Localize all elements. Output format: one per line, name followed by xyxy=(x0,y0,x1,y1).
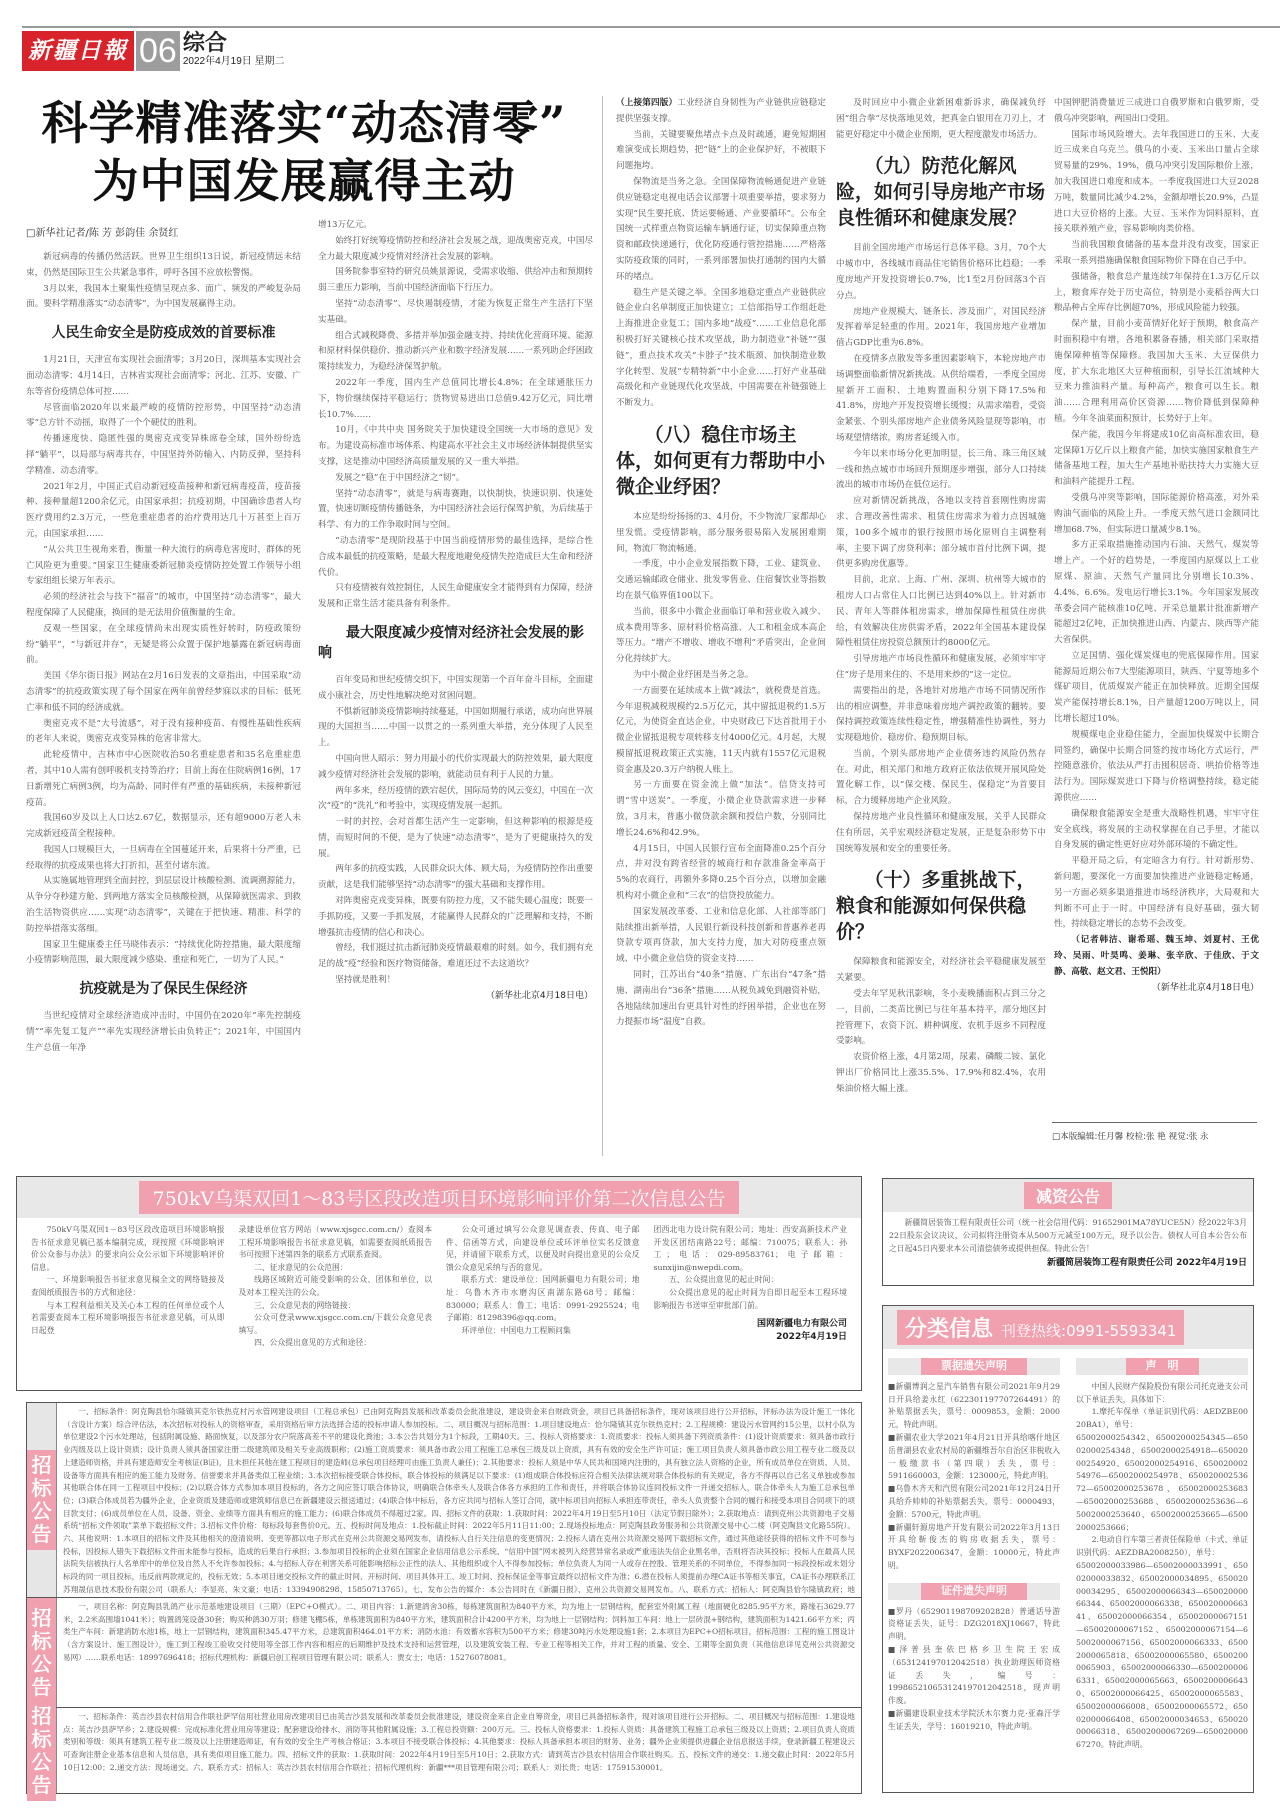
paragraph: 三、公众意见表的网络链接： xyxy=(239,1300,433,1313)
paragraph: 4月15日，中国人民银行宣布全面降准0.25个百分点，并对没有跨省经营的城商行和… xyxy=(616,842,826,905)
tender-label-text: 招标公告 xyxy=(27,1701,56,1801)
eia-signoff-date: 2022年4月19日 xyxy=(654,1331,848,1344)
paragraph: 同时，江苏出台“40条”措施、广东出台“47条”措施、湖南出台“36条”措施……… xyxy=(616,968,826,1031)
tender-label-text: 招标公告 xyxy=(27,1603,56,1703)
subheading: （十）多重挑战下，粮食和能源如何保供稳价？ xyxy=(836,867,1046,945)
paragraph: 750kV乌渠双回1－83号区段改造项目环境影响报告书征求意见稿已基本编制完成，… xyxy=(31,1224,225,1274)
paragraph: 保持房地产业良性循环和健康发展，关乎人民群众住有所居，关乎宏观经济稳定发展，正是… xyxy=(836,810,1046,857)
paragraph: 一时的封控，会对首都生活产生一定影响，但这种影响的根源是疫情，而短时间的不便，是… xyxy=(318,815,593,862)
paragraph: 线路区域附近可能受影响的公众、团体和单位，以及对本工程关注的公众。 xyxy=(239,1274,433,1299)
paragraph: 与本工程利益相关及关心本工程的任何单位或个人若需要查阅本工程环境影响报告书征求意… xyxy=(31,1300,225,1338)
paragraph: 从实施属地管理到全面封控，到层层设计核酸检测、流调溯源能力，从争分夺秒建方舱、到… xyxy=(26,874,301,937)
list-item: ■新疆农业大学2021年4月21日开具给喀什地区岳普湖县农业农村局的新疆维吾尔自… xyxy=(888,1432,1060,1483)
paragraph: 百年变局和世纪疫情交织下，中国实现第一个百年奋斗目标，全面建成小康社会，历史性地… xyxy=(318,673,593,705)
list-item: ■泽普县奎依巴格乡卫生院王宏成（653124197012042518）执业助理医… xyxy=(888,1644,1060,1708)
statement-header: 声 明 xyxy=(1076,1358,1248,1375)
paragraph: 此轮疫情中，吉林市中心医院收治50名重症患者和35名危重症患者，其中10人需有创… xyxy=(26,748,301,811)
paragraph: 国家卫生健康委主任马晓伟表示：“持续优化防控措施，最大限度缩小疫情影响范围，最大… xyxy=(26,938,301,970)
paragraph: 1.摩托车保单（单证识别代码：AEDZBE0020BA1），单号： xyxy=(1076,1406,1248,1432)
classified-hotline: 刊登热线:0991-5593341 xyxy=(1001,1322,1176,1340)
eia-notice-ad: 750kV乌渠双回1～83号区段改造项目环境影响评价第二次信息公告 750kV乌… xyxy=(16,1176,862,1391)
paragraph: 一、环境影响报告书征求意见稿全文的网络链接及查阅纸质报告书的方式和途径： xyxy=(31,1274,225,1299)
statement-title: 声 明 xyxy=(1126,1358,1199,1375)
paragraph: 当前，关键要聚焦堵点卡点及时疏通，避免短期困难演变成长期趋势，把“链”上的企业保… xyxy=(616,128,826,175)
paragraph: 目前全国房地产市场运行总体平稳。3月，70个大中城市中，各线城市商品住宅销售价格… xyxy=(836,241,1046,304)
paragraph: 录建设单位官方网站（www.xjsgcc.com.cn/）查阅本工程环境影响报告… xyxy=(239,1224,433,1262)
eia-col-4: 团西北电力设计院有限公司；地址：西安高新技术产业开发区团结南路22号；邮编：71… xyxy=(654,1224,848,1350)
classified-title-bar: 分类信息刊登热线:0991-5593341 xyxy=(897,1310,1184,1345)
paragraph: 一季度，中小企业发展指数下降，工业、建筑业、交通运输邮政仓储业、批发零售业、住宿… xyxy=(616,557,826,604)
article-column-2: 增13万亿元。 始终打好统筹疫情防控和经济社会发展之战，迎战奥密克戎，中国尽全力… xyxy=(318,218,593,1155)
paragraph: 始终打好统筹疫情防控和经济社会发展之战，迎战奥密克戎，中国尽全力最大限度减少疫情… xyxy=(318,234,593,266)
paragraph: 两年多来，经历疫情的跌宕起伏，国际局势的风云变幻，中国在一次次“疫”的“洗礼”和… xyxy=(318,784,593,816)
list-item: ■乌鲁木齐天和汽贸有限公司2021年12月24日开具给乔帅帅的补贴票据丢失，票号… xyxy=(888,1483,1060,1521)
paragraph: 稳生产是关键之举。全国多地稳定重点产业链供应链企业白名单制度正加快建立；工信部指… xyxy=(616,286,826,412)
cert-loss-title: 证件遗失声明 xyxy=(921,1583,1027,1600)
paragraph: 3月以来，我国本土聚集性疫情呈现点多、面广、频发的严峻复杂局面。要科学精准落实“… xyxy=(26,282,301,314)
paragraph: 在疫情多点散发等多重因素影响下，本轮房地产市场调整面临新情况新挑战。从供给端看，… xyxy=(836,352,1046,447)
classified-right-column: 声 明 中国人民财产保险股份有限公司托克逊支公司以下单证丢失，具体如下： 1.摩… xyxy=(1076,1358,1248,1752)
eia-col-1: 750kV乌渠双回1－83号区段改造项目环境影响报告书征求意见稿已基本编制完成，… xyxy=(31,1224,225,1350)
dateline: （新华社北京4月18日电） xyxy=(318,989,593,1005)
policy-numbers: 65002000033986—65002000033991、6500200003… xyxy=(1076,1560,1248,1752)
receipt-loss-header: 票据遗失声明 xyxy=(888,1358,1060,1375)
receipt-loss-title: 票据遗失声明 xyxy=(921,1358,1027,1375)
paragraph: 本应是纷纷扬扬的3、4月份，不少物流厂家都却心里发慌。受疫情影响，部分服务很易陷… xyxy=(616,510,826,557)
eia-notice-title: 750kV乌渠双回1～83号区段改造项目环境影响评价第二次信息公告 xyxy=(139,1181,740,1214)
paragraph: “动态清零”是现阶段基于中国当前疫情形势的最佳选择，是综合性合成本最低的抗疫策略… xyxy=(318,534,593,581)
subheading: （八）稳住市场主体，如何更有力帮助中小微企业纾困？ xyxy=(616,422,826,500)
tender-text: 一、招标条件：英吉沙县农村信用合作联社萨罕信用社营业用房改建项目已由英吉沙县发展… xyxy=(57,1708,861,1793)
paragraph: 需要指出的是，各地针对房地产市场不同情况所作出的相应调整，并非意味着房地产调控政… xyxy=(836,684,1046,747)
cert-loss-header: 证件遗失声明 xyxy=(888,1583,1060,1600)
paragraph: 多方正采取措施推动国内石油、天然气、煤炭等增上产。一个好的趋势是，一季度国内原煤… xyxy=(1054,538,1259,649)
list-item: ■新疆建设职业技术学院沃木尔赛力克·亚森汗学生证丢失，学号：16019210，特… xyxy=(888,1708,1060,1734)
byline: □新华社记者/陈 芳 彭韵佳 余贤红 xyxy=(26,224,178,239)
paragraph: 必须的经济社会与技下“福音”的城市，中国坚持“动态清零”，最大程度保障了人民健康… xyxy=(26,590,301,622)
paragraph: 2021年2月，中国正式启动新冠疫苗接种和新冠病毒疫苗，疫苗接种、接种量超120… xyxy=(26,480,301,543)
tender-label: 招标公告 xyxy=(27,1403,57,1597)
paragraph: 规模煤电企业稳住能力，全面加快煤炭中长期合同签约，确保中长期合同签约按市场化方式… xyxy=(1054,728,1259,807)
paragraph: 10月，《中共中央 国务院关于加快建设全国统一大市场的意见》发布。为建设高标准市… xyxy=(318,423,593,470)
capital-reduction-title: 减资公告 xyxy=(1024,1182,1112,1209)
paragraph: 坚持“动态清零”，就是与病毒赛跑，以快制快，快速识别、快速处置，快速切断疫情传播… xyxy=(318,487,593,534)
issue-date: 2022年4月19日 星期二 xyxy=(183,55,285,69)
paragraph: 美国《华尔街日报》网站在2月16日发表的文章指出，中国采取“动态清零”的抗疫政策… xyxy=(26,669,301,716)
paragraph: 新冠病毒的传播仍然活跃。世界卫生组织13日说，新冠疫情远未结束，仍然是国际卫生公… xyxy=(26,250,301,282)
paragraph: 2022年一季度，国内生产总值同比增长4.8%；在全球通胀压力下，物价继续保持平… xyxy=(318,376,593,423)
paragraph: 保障粮食和能源安全，对经济社会平稳健康发展至关紧要。 xyxy=(836,955,1046,987)
page-number: 06 xyxy=(136,31,180,71)
paragraph: 五、公众提出意见的起止时间： xyxy=(654,1274,848,1287)
subheading: 最大限度减少疫情对经济社会发展的影响 xyxy=(318,623,593,663)
list-item: ■罗丹（652901198709202828）普通话导游资格证丢失，证号：DZG… xyxy=(888,1606,1060,1644)
paragraph: 环评单位：中国电力工程顾问集 xyxy=(446,1325,640,1338)
paragraph: 公众可通过填写公众意见调查表、传真、电子邮件、信函等方式，向建设单位或环评单位实… xyxy=(446,1224,640,1274)
list-item: ■新疆博润之星汽车销售有限公司2021年9月29日开具给姜永红（62230119… xyxy=(888,1381,1060,1432)
paragraph: 保产能，我国今年将建成10亿亩高标准农田，稳定保障1万亿斤以上粮食产能，加快实施… xyxy=(1054,428,1259,491)
dateline: （新华社北京4月18日电） xyxy=(1054,981,1259,997)
paragraph: 一、招标条件：英吉沙县农村信用合作联社萨罕信用社营业用房改建项目已由英吉沙县发展… xyxy=(63,1711,855,1775)
reporters-credit: （记者韩洁、谢希瑶、魏玉坤、刘夏村、王优玲、吴雨、叶昊鸣、姜琳、张辛欣、于佳欣、… xyxy=(1054,933,1259,980)
paragraph: 国家发展改革委、工业和信息化部、人社部等部门陆续推出新举措，人民银行新设科技创新… xyxy=(616,905,826,968)
paragraph: 反观一些国家，在全球疫情尚未出现实质性好转时，防疫政策纷纷“躺平”，“与新冠并存… xyxy=(26,622,301,669)
paragraph: 房地产业规模大、链条长、涉及面广，对国民经济发挥着举足轻重的作用。2021年，我… xyxy=(836,305,1046,352)
top-rule xyxy=(22,26,1280,28)
section-info: 综合 2022年4月19日 星期二 xyxy=(183,31,285,71)
eia-signoff-org: 国网新疆电力有限公司 xyxy=(654,1318,848,1331)
headline-line-1: 科学精准落实“动态清零” xyxy=(24,94,584,152)
classified-title: 分类信息 xyxy=(905,1317,993,1342)
paragraph: 公众提出意见的起止时间为自即日起至本工程环境影响报告书送审至审批部门前。 xyxy=(654,1287,848,1312)
paragraph: 应对新情况新挑战，各地以支持首套刚性购房需求、合理改善性需求、租赁住房需求为着力… xyxy=(836,494,1046,573)
paragraph: 增13万亿元。 xyxy=(318,218,593,234)
tender-label: 招标公告 xyxy=(27,1598,57,1707)
article-column-3: （上接第四版）工业经济自身韧性为产业链供应链稳定提供坚强支撑。 当前，关键要聚焦… xyxy=(616,96,826,1156)
paragraph: 我国60岁及以上人口达2.67亿，数据显示，还有超9000万老人未完成新冠疫苗全… xyxy=(26,811,301,843)
tender-label-text: 招标公告 xyxy=(27,1450,56,1550)
capital-reduction-header: 减资公告 xyxy=(883,1179,1253,1212)
subheading: 人民生命安全是防疫成效的首要标准 xyxy=(26,323,301,343)
paragraph: 中国向世人昭示：努力用最小的代价实现最大的防控效果，最大限度减少疫情对经济社会发… xyxy=(318,752,593,784)
subheading: 抗疫就是为了保民生保经济 xyxy=(26,979,301,999)
article-column-4: 及时回应中小微企业新困难新诉求，确保减负纾困“组合拳”尽快落地见效，把真金白银用… xyxy=(836,96,1046,1156)
paragraph: 发展之“稳”在于中国经济之“韧”。 xyxy=(318,471,593,487)
masthead: 新疆日報 06 综合 2022年4月19日 星期二 xyxy=(22,31,285,71)
main-headline: 科学精准落实“动态清零” 为中国发展赢得主动 xyxy=(24,94,584,210)
paragraph: 另一方面要在资金流上做“加法”。信贷支持可谓“雪中送炭”。一季度，小微企业贷款需… xyxy=(616,778,826,841)
paragraph: 新疆简居装饰工程有限责任公司（统一社会信用代码：91652901MA78YUCE… xyxy=(889,1216,1247,1255)
paragraph: 1月21日，天津宣布实现社会面清零；3月20日，深圳基本实现社会面动态清零；4月… xyxy=(26,353,301,400)
tender-label: 招标公告 xyxy=(27,1708,57,1793)
eia-col-2: 录建设单位官方网站（www.xjsgcc.com.cn/）查阅本工程环境影响报告… xyxy=(239,1224,433,1350)
classified-header: 分类信息刊登热线:0991-5593341 xyxy=(883,1306,1253,1349)
paragraph: 一、项目名称：阿克陶县乳鸽产业示范基地建设项目（三期）（EPC+O模式）。二、项… xyxy=(63,1601,855,1665)
headline-line-2: 为中国发展赢得主动 xyxy=(24,152,584,210)
paragraph: 当前我国粮食储备的基本盘并没有改变，国家正采取一系列措施确保粮食国际物价下降在自… xyxy=(1054,238,1259,270)
paragraph: 坚持“动态清零”、尽快遏制疫情，才能为恢复正常生产生活打下坚实基础。 xyxy=(318,297,593,329)
paragraph: 今年以来市场分化更加明显，长三角、珠三角区域一线和热点城市市场回升预期逐步增强，… xyxy=(836,447,1046,494)
paragraph: 两年多的抗疫实践，人民群众识大体、顾大局，为疫情防控作出重要贡献，这是我们能够坚… xyxy=(318,862,593,894)
paragraph: 尽管面临2020年以来最严峻的疫情防控形势，中国坚持“动态清零”总方针不动摇，取… xyxy=(26,401,301,433)
policy-numbers: 65002000254342、65002000254345—6500200025… xyxy=(1076,1432,1248,1534)
editor-rule xyxy=(1052,1122,1257,1123)
article-column-1: 新冠病毒的传播仍然活跃。世界卫生组织13日说，新冠疫情远未结束，仍然是国际卫生公… xyxy=(26,250,301,1155)
classified-left-column: 票据遗失声明 ■新疆博润之星汽车销售有限公司2021年9月29日开具给姜永红（6… xyxy=(888,1358,1060,1734)
paragraph: 国际市场风险增大。去年我国进口的玉米、大麦近三成来自乌克兰。俄乌的小麦、玉米出口… xyxy=(1054,128,1259,239)
paragraph: 二、征求意见的公众范围： xyxy=(239,1262,433,1275)
paragraph: 确保粮食能源安全是重大战略性机遇，牢牢守住安全底线，将发展的主动权掌握在自己手里… xyxy=(1054,807,1259,854)
paragraph: 四、公众提出意见的方式和途径： xyxy=(239,1337,433,1350)
paragraph: 当前，很多中小微企业面临订单和营业收入减少、成本费用等多、原材料价格高涨、人工和… xyxy=(616,605,826,668)
paragraph: 保产量，目前小麦苗情好化好于预期，粮食高产时面积稳中有增，各地积累备春播，相关部… xyxy=(1054,317,1259,428)
paragraph: 只有疫情被有效控制住，人民生命健康安全才能得到有力保障，经济发展和正常生活才能具… xyxy=(318,581,593,613)
eia-notice-body: 750kV乌渠双回1－83号区段改造项目环境影响报告书征求意见稿已基本编制完成，… xyxy=(17,1218,861,1356)
paragraph: 公众可登录www.xjsgcc.com.cn/下载公众意见表填写。 xyxy=(239,1312,433,1337)
eia-col-3: 公众可通过填写公众意见调查表、传真、电子邮件、信函等方式，向建设单位或环评单位实… xyxy=(446,1224,640,1350)
editor-credits: □本版编辑:任月馨 校检:张 艳 视觉:张 永 xyxy=(1052,1130,1209,1142)
continued-from-label: （上接第四版） xyxy=(616,98,677,108)
subheading: （九）防范化解风险，如何引导房地产市场良性循环和健康发展？ xyxy=(836,153,1046,231)
paragraph: 组合式减税降费、多措并举加强金融支持、持续优化营商环境、能源和原材料保供稳价、推… xyxy=(318,329,593,376)
paragraph: 农资价格上涨，4月第2周，尿素、磷酸二铵、氯化钾出厂价格同比上涨35.5%、17… xyxy=(836,1050,1046,1097)
paragraph: 坚持就是胜利！ xyxy=(318,973,593,989)
capital-reduction-body: 新疆简居装饰工程有限责任公司（统一社会信用代码：91652901MA78YUCE… xyxy=(883,1212,1253,1274)
paragraph: 2.电动自行车第三者责任保险单（卡式、单证识别代码：AEZDBA2008250）… xyxy=(1076,1534,1248,1560)
section-name: 综合 xyxy=(183,33,285,55)
paragraph: 为中小微企业纾困是当务之急。 xyxy=(616,668,826,684)
paragraph: 一、招标条件：阿克陶县恰尔隆镇其克尔铁热克村污水管网建设项目（工程总承包）已由阿… xyxy=(63,1406,855,1597)
paragraph: 及时回应中小微企业新困难新诉求，确保减负纾困“组合拳”尽快落地见效，把真金白银用… xyxy=(836,96,1046,143)
paragraph: 不惧新冠肺炎疫情影响持续蔓延，中国如期履行承诺，成功向世界展现的大国担当……中国… xyxy=(318,705,593,752)
list-item: ■新疆轩源房地产开发有限公司2022年3月13日开具给靳俊杰的购房收据丢失，票号… xyxy=(888,1522,1060,1573)
paragraph: 平稳开局之后，有定暗含力有行。针对新形势、新问题，要深化一方面要加快推进产业链稳… xyxy=(1054,854,1259,933)
paragraph: 曾经，我们挺过抗击新冠肺炎疫情最艰难的时刻。如今，我们拥有充足的战“疫”经验和医… xyxy=(318,941,593,973)
paragraph: 中国人民财产保险股份有限公司托克逊支公司以下单证丢失，具体如下： xyxy=(1076,1381,1248,1407)
eia-notice-header: 750kV乌渠双回1～83号区段改造项目环境影响评价第二次信息公告 xyxy=(17,1177,861,1218)
paragraph: “从公共卫生视角来看，衡量一种大流行的病毒危害度时，群体的死亡风险更为重要。”国… xyxy=(26,543,301,590)
paragraph: 团西北电力设计院有限公司；地址：西安高新技术产业开发区团结南路22号；邮编：71… xyxy=(654,1224,848,1274)
paragraph: 对阵奥密克戎变异株，既要有防控力度，又不能失暖心温度；既要一手抓防疫，又要一手抓… xyxy=(318,894,593,941)
paragraph: 当世纪疫情对全球经济造成冲击时，中国仍在2020年“率先控制疫情”“率先复工复产… xyxy=(26,1009,301,1056)
capital-reduction-ad: 减资公告 新疆简居装饰工程有限责任公司（统一社会信用代码：91652901MA7… xyxy=(882,1178,1254,1286)
paragraph: 受去年罕见秋汛影响，冬小麦晚播面积占到三分之一，目前，二类苗比例已与往年基本持平… xyxy=(836,987,1046,1050)
paragraph: 受俄乌冲突等影响，国际能源价格高涨，对外采购油气面临的风险上升。一季度天然气进口… xyxy=(1054,491,1259,538)
tender-notice-3: 招标公告 一、招标条件：英吉沙县农村信用合作联社萨罕信用社营业用房改建项目已由英… xyxy=(26,1708,862,1794)
paragraph: 引导房地产市场良性循环和健康发展，必须牢牢守住“房子是用来住的、不是用来炒的”这… xyxy=(836,652,1046,684)
paragraph: 强储备，粮食总产量连续7年保持在1.3万亿斤以上，粮食库存处于历史高位，特别是小… xyxy=(1054,270,1259,317)
article-column-5: 中国钾肥消费量近三成进口自俄罗斯和白俄罗斯，受俄乌冲突影响，两国出口受阻。 国际… xyxy=(1054,96,1259,1116)
newspaper-logo: 新疆日報 xyxy=(22,31,134,71)
paragraph: 传播速度快、隐匿性强的奥密克戎变异株席卷全球，国外纷纷选择“躺平”，以局部与病毒… xyxy=(26,432,301,479)
paragraph: 联系方式：建设单位：国网新疆电力有限公司；地址：乌鲁木齐市水磨沟区南湖东路68号… xyxy=(446,1274,640,1324)
paragraph: 立足国情、强化煤炭煤电的兜底保障作用。国家能源局近期公布7大型能源项目，陕西、宁… xyxy=(1054,649,1259,728)
tender-text: 一、招标条件：阿克陶县恰尔隆镇其克尔铁热克村污水管网建设项目（工程总承包）已由阿… xyxy=(57,1403,861,1597)
paragraph: 我国人口规模巨大，一旦病毒在全国蔓延开来，后果将十分严重，已经取得的抗疫成果也将… xyxy=(26,843,301,875)
tender-notice-2: 招标公告 一、项目名称：阿克陶县乳鸽产业示范基地建设项目（三期）（EPC+O模式… xyxy=(26,1598,862,1708)
paragraph: 保物流是当务之急。全国保障物流畅通促进产业链供应链稳定电视电话会议部署十项重要举… xyxy=(616,175,826,286)
paragraph: 国务院参事室特约研究员姚景源说，受需求收缩、供给冲击和预期转弱三重压力影响，当前… xyxy=(318,265,593,297)
paragraph: 中国钾肥消费量近三成进口自俄罗斯和白俄罗斯，受俄乌冲突影响，两国出口受阻。 xyxy=(1054,96,1259,128)
paragraph: 一方面要在延续成本上做“减法”，就税费是首选。今年退税减税规模约2.5万亿元，其… xyxy=(616,684,826,779)
tender-text: 一、项目名称：阿克陶县乳鸽产业示范基地建设项目（三期）（EPC+O模式）。二、项… xyxy=(57,1598,861,1707)
paragraph: 目前，北京、上海、广州、深圳、杭州等大城市的租房人口占常住人口比例已达到40%以… xyxy=(836,573,1046,652)
tender-notice-1: 招标公告 一、招标条件：阿克陶县恰尔隆镇其克尔铁热克村污水管网建设项目（工程总承… xyxy=(26,1402,862,1598)
paragraph: 奥密克戎不是“大号流感”，对于没有接种疫苗、有慢性基础性疾病的老年人来说，奥密克… xyxy=(26,717,301,749)
column-divider xyxy=(602,96,603,1156)
paragraph: 当前，个别头部房地产企业债务违约风险仍然存在。对此，相关部门和地方政府正依法依规… xyxy=(836,747,1046,810)
capital-reduction-signoff: 新疆简居装饰工程有限责任公司 2022年4月19日 xyxy=(889,1257,1247,1270)
